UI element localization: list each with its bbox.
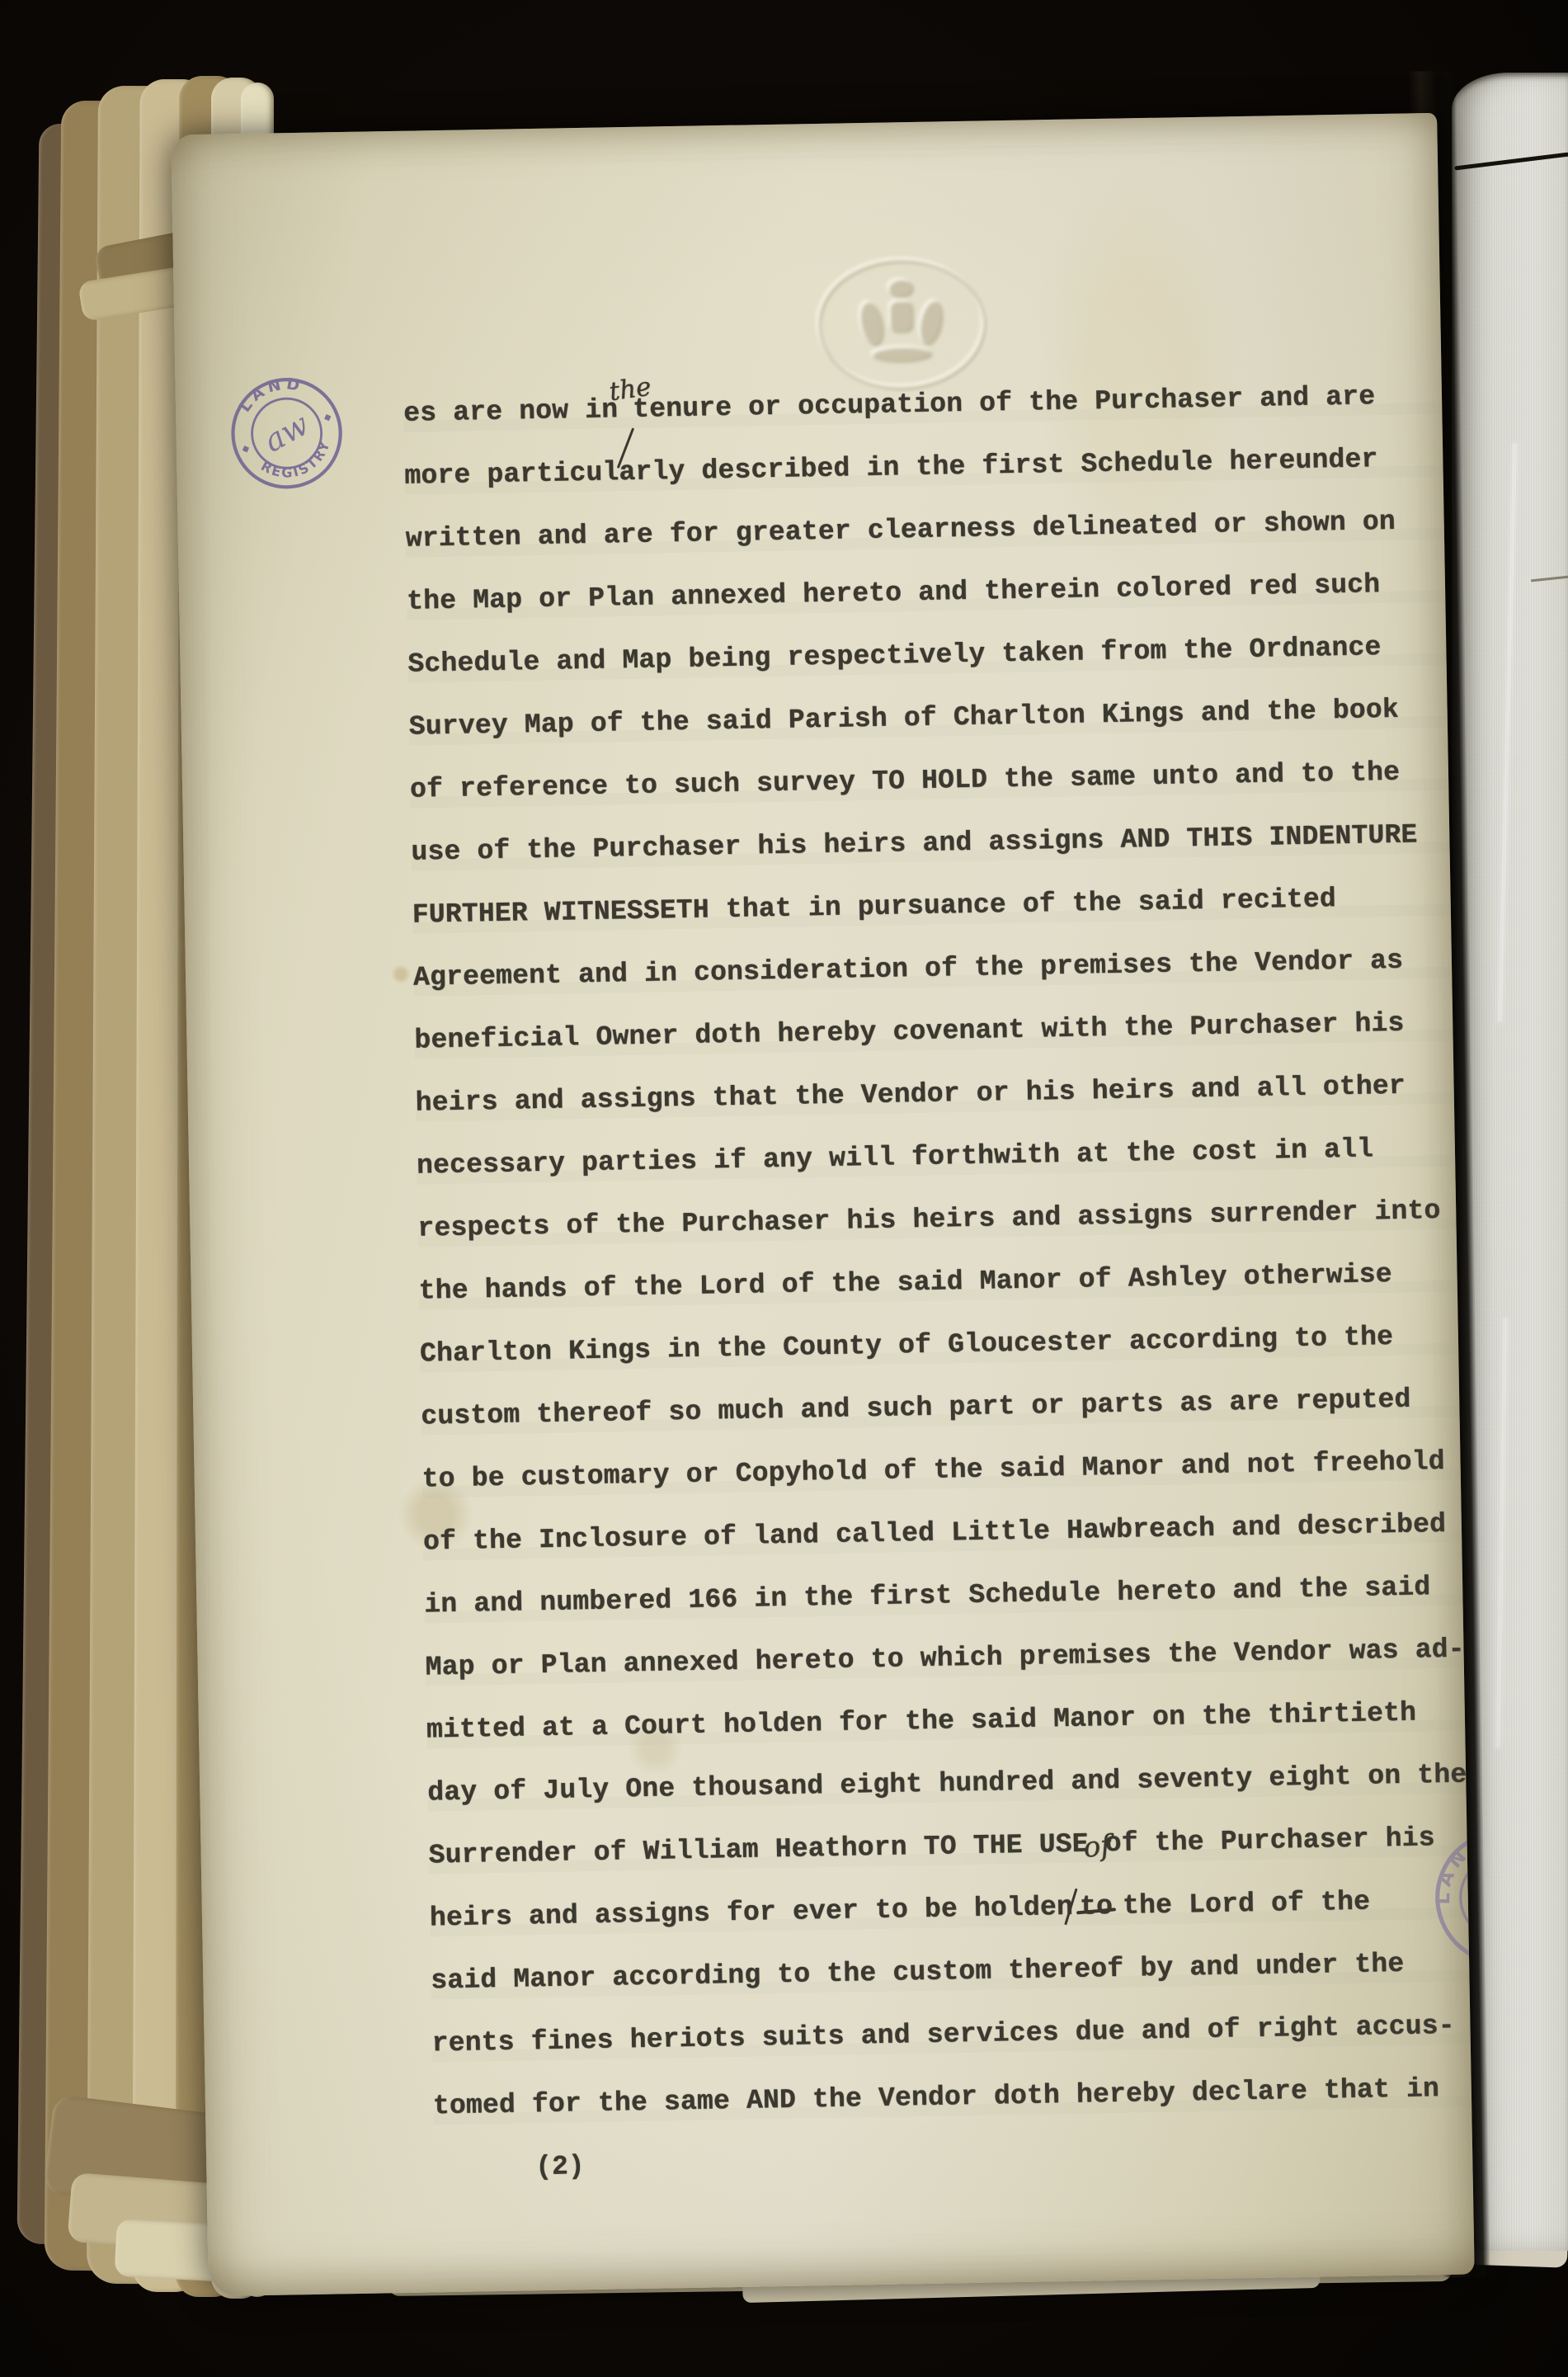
typed-text: Surrender of William Heathorn TO THE USE… <box>428 1823 1435 1870</box>
typed-text: Schedule and Map being respectively take… <box>407 632 1382 680</box>
typed-text: of the Inclosure of land called Little H… <box>423 1509 1447 1558</box>
typed-text: es are now in <box>403 394 619 429</box>
typed-text: Map or Plan annexed hereto to which prem… <box>425 1634 1465 1683</box>
typed-text: the hands of the Lord of the said Manor … <box>418 1259 1392 1307</box>
typed-text: beneficial Owner doth hereby covenant wi… <box>414 1008 1405 1056</box>
adjacent-page-rule-line <box>1454 152 1568 170</box>
typed-text: of reference to such survey TO HOLD the … <box>410 757 1401 805</box>
page-crease <box>1498 444 1517 1021</box>
adjacent-page-rule-line <box>1531 576 1568 582</box>
typed-text: Charlton Kings in the County of Gloucest… <box>420 1322 1394 1370</box>
typed-text: more particularly described in the first… <box>404 444 1378 492</box>
typed-text: to be customary or Copyhold of the said … <box>421 1446 1445 1495</box>
typed-text: necessary parties if any will forthwith … <box>417 1134 1374 1181</box>
page-number: (2) <box>535 2135 586 2199</box>
typed-text: written and are for greater clearness de… <box>406 507 1396 554</box>
typed-text: tenure or occupation of the Purchaser an… <box>633 381 1376 425</box>
handwritten-correction: ofto <box>1079 1875 1113 1939</box>
typed-text: use of the Purchaser his heirs and assig… <box>411 819 1418 867</box>
typed-text: rents fines heriots suits and services d… <box>431 2011 1455 2059</box>
typed-text: FURTHER WITNESSETH that in pursuance of … <box>412 884 1336 931</box>
typed-text: respects of the Purchaser his heirs and … <box>417 1196 1441 1244</box>
typed-text: heirs and assigns that the Vendor or his… <box>415 1071 1406 1119</box>
typed-text: heirs and assigns for ever to be holden <box>430 1892 1074 1934</box>
typed-text: Survey Map of the said Parish of Charlto… <box>408 695 1399 743</box>
typed-text: custom thereof so much and such part or … <box>421 1384 1411 1432</box>
typed-text: Agreement and in consideration of the pr… <box>413 946 1404 993</box>
typed-text: the Map or Plan annexed hereto and there… <box>407 569 1381 617</box>
typed-text: said Manor according to the custom there… <box>431 1949 1405 1997</box>
scanned-book-photo: LAND REGISTRY aw LAND RE <box>0 0 1568 2377</box>
land-registry-stamp-icon: LAND REGISTRY aw <box>228 375 345 492</box>
typed-lines: es are now inthetenure or occupation of … <box>403 365 1475 2139</box>
typed-text: the Lord of the <box>1123 1887 1371 1922</box>
stamp-initials: aw <box>257 406 314 460</box>
typed-text: day of July One thousand eight hundred a… <box>427 1759 1467 1808</box>
typed-text: tomed for the same AND the Vendor doth h… <box>433 2073 1440 2121</box>
typed-text: in and numbered 166 in the first Schedul… <box>424 1572 1431 1620</box>
page-crease <box>1495 1318 1507 1747</box>
document-page: LAND REGISTRY aw LAND RE <box>171 113 1474 2296</box>
typed-text: mitted at a Court holden for the said Ma… <box>426 1698 1417 1746</box>
